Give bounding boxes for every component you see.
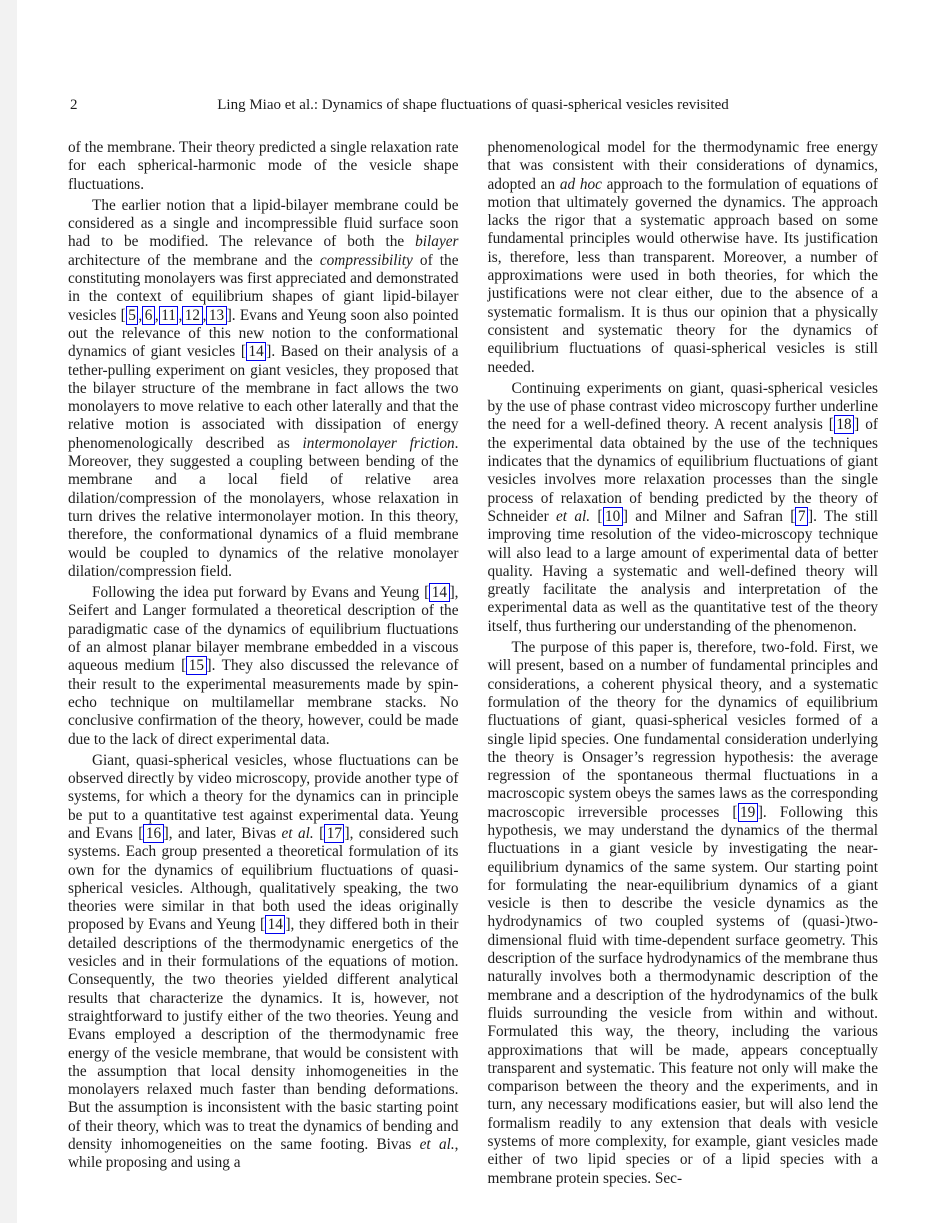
italic-text: et al. [420, 1136, 455, 1153]
right-column: phenomenological model for the thermodyn… [488, 139, 879, 1188]
italic-text: et al. [556, 508, 590, 525]
paragraph: phenomenological model for the thermodyn… [488, 139, 879, 377]
paper-page: 2 Ling Miao et al.: Dynamics of shape fl… [0, 0, 945, 1223]
paragraph: of the membrane. Their theory predicted … [68, 139, 459, 194]
italic-text: intermonolayer friction [303, 435, 455, 452]
left-column: of the membrane. Their theory predicted … [68, 139, 459, 1188]
page-edge-shadow [0, 0, 17, 1223]
citation-link[interactable]: 14 [265, 915, 285, 934]
citation-link[interactable]: 16 [143, 824, 163, 843]
running-title: Ling Miao et al.: Dynamics of shape fluc… [68, 97, 878, 114]
citation-link[interactable]: 19 [738, 803, 758, 822]
running-header: 2 Ling Miao et al.: Dynamics of shape fl… [68, 97, 878, 117]
citation-link[interactable]: 11 [159, 306, 179, 325]
paragraph: Giant, quasi-spherical vesicles, whose f… [68, 752, 459, 1173]
italic-text: ad hoc [560, 176, 602, 193]
italic-text: et al. [282, 825, 314, 842]
italic-text: bilayer [415, 233, 458, 250]
paragraph: Continuing experiments on giant, quasi-s… [488, 380, 879, 636]
two-column-body: of the membrane. Their theory predicted … [68, 139, 878, 1188]
citation-link[interactable]: 7 [795, 507, 808, 526]
paragraph: The purpose of this paper is, therefore,… [488, 639, 879, 1188]
citation-link[interactable]: 6 [142, 306, 155, 325]
citation-link[interactable]: 5 [126, 306, 139, 325]
citation-link[interactable]: 10 [603, 507, 623, 526]
italic-text: compressibility [320, 252, 413, 269]
citation-link[interactable]: 12 [182, 306, 202, 325]
citation-link[interactable]: 14 [429, 583, 449, 602]
paragraph: Following the idea put forward by Evans … [68, 584, 459, 749]
citation-link[interactable]: 18 [834, 415, 854, 434]
citation-link[interactable]: 17 [324, 824, 344, 843]
citation-link[interactable]: 14 [246, 342, 266, 361]
paragraph: The earlier notion that a lipid-bilayer … [68, 197, 459, 581]
citation-link[interactable]: 13 [206, 306, 226, 325]
citation-link[interactable]: 15 [186, 656, 206, 675]
